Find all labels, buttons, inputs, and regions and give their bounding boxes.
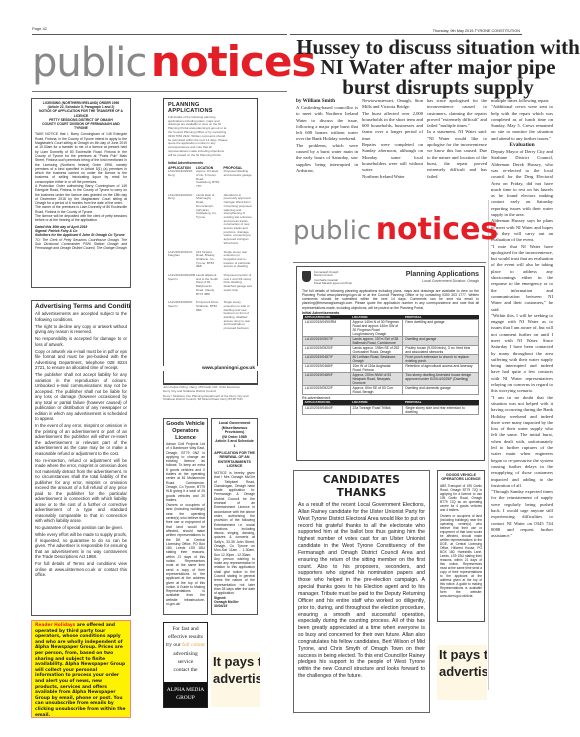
planning-applications-derry: PLANNING APPLICATIONS Full details of th… xyxy=(163,98,258,384)
licensing-to: TO: The Clerk of Petty Sessions Courthou… xyxy=(35,238,127,251)
cell-location: Lands approx. 157m SW of 58 Ballinrain R… xyxy=(350,337,403,346)
licensing-solicitors: Solicitors for the Applicant 6 John St O… xyxy=(35,233,127,237)
ad-line: service xyxy=(164,658,207,666)
cell-proposal: Farm dwelling and garage xyxy=(403,320,479,337)
application-location: 8 Glynrock Drive, Strabane, BT82 9BA xyxy=(196,301,220,331)
goods-vehicle-title: Goods Vehicle Operators Licence xyxy=(166,421,205,442)
ad-line: try our full colour xyxy=(164,641,207,649)
title-line: Article 3 and Schedule 1 xyxy=(214,439,255,448)
it-pays-to-advertise-1: It pays to advertise xyxy=(211,652,260,707)
planning-derry-rows: LA11/2019/0293/F DergApprox. 8m East of … xyxy=(168,170,253,331)
application-location: 223 Victoria Road, Bready, Strabane, Co.… xyxy=(196,251,220,270)
reader-holidays-text: are offered and operated by third party … xyxy=(35,623,125,718)
council-name: Fermanagh Omagh District Council Comhair… xyxy=(314,271,352,285)
planning-omagh-table: APPLICATION NO. LOCATION PROPOSAL LA10/2… xyxy=(302,315,479,396)
candidates-thanks-notice: CANDIDATES THANKS As a result of the rec… xyxy=(293,470,430,713)
article-col-2: Newtownstewart, Omagh, Sion Mills and Vi… xyxy=(362,98,423,180)
ad-line: contact the xyxy=(164,666,207,674)
application-number: LA11/2019/0303/RM Sperrin xyxy=(168,274,192,296)
council-crest-icon xyxy=(302,271,311,282)
colour-advertising-ad[interactable]: For fast and effective results try our f… xyxy=(163,622,208,708)
licence-para: Any person wishing to make any represent… xyxy=(214,557,255,596)
cell-location: Lands approx. 195m SE of 252 Gortcashel … xyxy=(350,346,403,355)
terms-para: Copy or artwork via e-mail must be in pd… xyxy=(35,349,127,371)
licence-date: 30/04/19 xyxy=(214,604,255,608)
cell-proposal: Poultry house (9,000 birds), 3 no. feed … xyxy=(403,346,479,355)
article-byline: by William Smith xyxy=(296,98,358,105)
goods-vehicle-body: Adnan Civil Projects Ltd of 4 Bankmore W… xyxy=(166,442,205,606)
cell-app: LA10/2019/0507/F xyxy=(303,337,351,346)
licensing-title-3: NOTICE OF APPLICATION FOR THE TRANSFER O… xyxy=(35,109,127,117)
terms-para: No responsibility is accepted for damage… xyxy=(35,336,127,347)
brand-notices: notices xyxy=(151,37,316,86)
article-body-4a: multiple times following repair. "Additi… xyxy=(491,98,553,142)
table-row: LA10/2019/0487/F80 Leitham Road, Seskino… xyxy=(303,355,479,364)
licensing-title-5: COUNTY COURT DIVISION OF FERMANAGH AND T… xyxy=(35,122,127,130)
cell-location: Approx. 200m NNW of 53 Newpark Road, New… xyxy=(350,373,403,386)
cell-proposal: Two storey dwelling Amended house design… xyxy=(403,373,479,386)
goods-vehicle-2-para: ABS Transport of 195 Gortin Road, Omagh … xyxy=(440,484,482,512)
brand-public-notices-2: public notices xyxy=(293,212,498,247)
licensing-para: The owner of the premises is Liam Donnel… xyxy=(35,205,127,214)
planning-row: LA11/2019/0326/F DergLands East of Shann… xyxy=(168,194,253,246)
planning-omagh-header: Fermanagh Omagh District Council Comhair… xyxy=(302,271,479,285)
goods-vehicle-2-para: Owners or occupiers of land (including b… xyxy=(440,514,482,598)
ad-line-part: try our xyxy=(166,642,182,648)
planning-row: LA11/2019/0293/F DergApprox. 8m East of … xyxy=(168,170,253,189)
licence-para: NOTICE is hereby given that I Mrs Oonagh… xyxy=(214,471,255,557)
cell-location: Approx. 60m SE of 53 Curr Road, Beragh xyxy=(350,386,403,395)
terms-para: In the event of any error, misprint or o… xyxy=(35,423,127,456)
cell-proposal: Single storey side and rear extension to… xyxy=(403,405,479,414)
candidates-thanks-body: As a result of the recent Local Governme… xyxy=(298,502,425,680)
article-col-4: multiple times following repair. "Additi… xyxy=(491,98,553,638)
planning-row: LA11/2019/0321/F Faughan223 Victoria Roa… xyxy=(168,251,253,270)
table-row: LA10/2019/0464/F22a Tonragh Road Trillic… xyxy=(303,405,479,414)
licensing-para: A Protection Order authorising Barry Cun… xyxy=(35,184,127,205)
planning-omagh-subtitle: Local Government Division: Omagh xyxy=(406,279,479,283)
licensing-para: TAKE NOTICE that I, Barry Cunningham of … xyxy=(35,132,127,184)
cell-app: LA10/2019/0520/F xyxy=(303,346,351,355)
goods-vehicle-2-title: GOODS VEHICLE OPERATORS LICENCE xyxy=(440,473,482,482)
cell-location: 10m W of 116a Aughadal Road, Fintona xyxy=(350,364,403,373)
goods-vehicle-2-body: ABS Transport of 195 Gortin Road, Omagh … xyxy=(440,484,482,598)
planning-applications-omagh: Fermanagh Omagh District Council Comhair… xyxy=(296,266,485,461)
entertainment-licence-title: Local Government (Miscellaneous Provisio… xyxy=(214,421,255,469)
application-number: LA11/2019/0321/F Faughan xyxy=(168,251,192,270)
it-pays-line: It pays to xyxy=(439,646,485,663)
application-location: Approx. 8m East of No. 6 Coven Road, Cas… xyxy=(196,170,220,189)
cell-proposal: Dwelling and domestic garage xyxy=(403,386,479,395)
planning-omagh-intro: The full details of following planning a… xyxy=(302,289,479,309)
it-pays-line: It pays to xyxy=(213,653,258,670)
brand-public-notices: public notices xyxy=(32,37,315,86)
application-proposal: Single storey rear extension to bungalow… xyxy=(224,251,253,270)
article-body-4b: Deputy Mayor of Derry City and Strabane … xyxy=(491,149,553,539)
reader-holidays-notice: Reader Holidays are offered and operated… xyxy=(31,620,131,718)
goods-vehicle-para: Owners or occupiers of land (including b… xyxy=(166,503,205,606)
ad-line: effective results xyxy=(164,633,207,641)
title-line: (Miscellaneous Provisions) xyxy=(214,426,255,435)
colour-ad-text: For fast and effective results try our f… xyxy=(164,623,207,674)
goods-vehicle-para: Adnan Civil Projects Ltd of 4 Bankmore W… xyxy=(166,442,205,502)
cell-location: 22a Tonragh Road Trillick xyxy=(350,405,403,414)
reader-holidays-lead: Reader Holidays xyxy=(35,623,75,628)
brand-public: public xyxy=(293,216,371,246)
group-name: ALPHA MEDIA xyxy=(164,686,207,694)
brand-public: public xyxy=(32,40,146,86)
cell-app: LA10/2019/0464/F xyxy=(303,405,351,414)
it-pays-line: advertise xyxy=(439,663,485,680)
article-body-1: A Castlederg-based councillor is to meet… xyxy=(296,105,358,174)
terms-para: The right to decline any copy or artwork… xyxy=(35,324,127,335)
cell-app: LA10/2019/0487/F xyxy=(303,355,351,364)
terms-para: For full details of Terms and conditions… xyxy=(35,561,127,578)
licensing-para: The licence will be deposited with the c… xyxy=(35,214,127,223)
application-number: LA11/2019/0326/F Derg xyxy=(168,194,192,246)
column-divider xyxy=(488,200,489,690)
application-proposal: Proposed erection of new 1 and 3/4 store… xyxy=(224,274,253,296)
entertainment-licence-body: NOTICE is hereby given that I Mrs Oonagh… xyxy=(214,471,255,609)
planning-derry-title: PLANNING APPLICATIONS xyxy=(168,102,253,115)
advertising-terms: Advertising Terms and Conditions All adv… xyxy=(31,300,131,616)
alpha-media-group-banner: ALPHA MEDIA GROUP xyxy=(164,682,207,707)
cell-proposal: Front porch extension to church to repla… xyxy=(403,355,479,364)
application-proposal: Alterations to previously approved Carri… xyxy=(224,194,253,246)
brand-rule xyxy=(32,91,287,92)
table-row: LA10/2019/0489/FApprox. 200m NNW of 53 N… xyxy=(303,373,479,386)
planning-row: LA11/2019/0303/RM SperrinLands adjacent … xyxy=(168,274,253,296)
planning-row: LA11/2019/0306/F Sperrin8 Glynrock Drive… xyxy=(168,301,253,331)
council-logo-block: Fermanagh Omagh District Council Comhair… xyxy=(302,271,352,285)
terms-para: No re-insertion, refund or adjustment wi… xyxy=(35,458,127,524)
terms-body: All advertisements are accepted subject … xyxy=(35,311,127,578)
dateline: Thursday, 9th May 2019-TYRONE CONSTITUTI… xyxy=(290,29,520,34)
table-row: LA10/2019/0522/FApprox. 60m SE of 53 Cur… xyxy=(303,386,479,395)
article-col-3: has since apologised for the inconvenien… xyxy=(427,98,487,180)
application-proposal: Proposed dwelling and domestic garage xyxy=(224,170,253,189)
cell-app: LA10/2019/0522/F xyxy=(303,386,351,395)
licensing-title: LICENSING (NORTHERN IRELAND) ORDER 1996 … xyxy=(35,101,127,130)
terms-para: While every effort will be made to suppl… xyxy=(35,532,127,560)
planning-omagh-title-block: Planning Applications Local Government D… xyxy=(406,271,479,283)
ad-line: For fast and xyxy=(164,625,207,633)
ad-line-colour: full colour xyxy=(182,642,205,648)
licensing-notice: LICENSING (NORTHERN IRELAND) ORDER 1996 … xyxy=(31,98,131,288)
it-pays-to-advertise-2: It pays to advertise xyxy=(437,645,487,700)
planning-omagh-title: Planning Applications xyxy=(406,271,479,279)
cell-location: 80 Leitham Road, Seskinore, Omagh xyxy=(350,355,403,364)
title-line: Local Government xyxy=(214,421,255,426)
signoff-office: Derry / Strabane City Planning Departmen… xyxy=(163,395,258,403)
article-col-1: by William Smith A Castlederg-based coun… xyxy=(296,98,358,174)
goods-vehicle-notice-1: Goods Vehicle Operators Licence Adnan Ci… xyxy=(163,418,208,615)
terms-title: Advertising Terms and Conditions xyxy=(35,303,127,311)
planning-derry-subhead: Initial Advertisements xyxy=(168,161,253,166)
cell-proposal: Retention of agricultural access and lan… xyxy=(403,364,479,373)
application-location: Lands East of Shannaghy Road, Drumclamph… xyxy=(196,194,220,246)
council-line: Fhear Manach agus na hÓmaí xyxy=(314,282,352,285)
table-row: LA10/2019/0468/F10m W of 116a Aughadal R… xyxy=(303,364,479,373)
licensing-body: TAKE NOTICE that I, Barry Cunningham of … xyxy=(35,132,127,250)
readvert-table: APPLICATION NO. LOCATION PROPOSAL LA10/2… xyxy=(302,400,479,415)
it-pays-line: advertise xyxy=(213,670,258,687)
terms-para: No guarantee of special position can be … xyxy=(35,525,127,531)
planning-derry-intro: Full details of the following planning a… xyxy=(168,116,228,158)
cell-app: LA10/2019/0490/RM xyxy=(303,320,351,337)
goods-vehicle-notice-2: GOODS VEHICLE OPERATORS LICENCE ABS Tran… xyxy=(437,470,485,622)
brand-notices: notices xyxy=(376,212,499,247)
planning-derry-signoff: John Kelpie FRIng. CEng. MICInstE. FRI. … xyxy=(163,386,258,402)
table-row: LA10/2019/0507/FLands approx. 157m SW of… xyxy=(303,337,479,346)
entertainment-licence-notice: Local Government (Miscellaneous Provisio… xyxy=(211,418,258,615)
planning-website-link[interactable]: www.planningni.gov.uk xyxy=(163,366,258,371)
article-subhead: Evaluation xyxy=(491,142,553,149)
application-number: LA11/2019/0293/F Derg xyxy=(168,170,192,189)
title-line: APPLICATION FOR THE RENEWAL OF AN ENTERT… xyxy=(214,451,255,469)
application-location: Lands adjacent and to the South West of … xyxy=(196,274,220,296)
table-row: LA10/2019/0520/FLands approx. 195m SE of… xyxy=(303,346,479,355)
planning-derry-title-2: APPLICATIONS xyxy=(168,108,253,114)
cell-proposal: Dwelling and garage xyxy=(403,337,479,346)
page-number: Page 42 xyxy=(32,27,47,32)
cell-location: Approx 140m N of 30 Fingrean Road and ap… xyxy=(350,320,403,337)
cell-app: LA10/2019/0468/F xyxy=(303,364,351,373)
terms-para: All advertisements are accepted subject … xyxy=(35,311,127,322)
group-name: GROUP xyxy=(164,694,207,702)
brand-rule-2 xyxy=(293,262,486,263)
ad-line: advertising xyxy=(164,650,207,658)
article-headline: Hussey to discuss situation with NI Wate… xyxy=(296,37,580,97)
candidates-thanks-title: CANDIDATES THANKS xyxy=(298,474,425,500)
table-row: LA10/2019/0490/RMApprox 140m N of 30 Fin… xyxy=(303,320,479,337)
terms-para: The publisher shall not accept liability… xyxy=(35,372,127,422)
header-rule xyxy=(32,34,287,35)
application-proposal: Single storey extension to side of dwell… xyxy=(224,301,253,331)
application-number: LA11/2019/0306/F Sperrin xyxy=(168,301,192,331)
cell-app: LA10/2019/0489/F xyxy=(303,373,351,386)
